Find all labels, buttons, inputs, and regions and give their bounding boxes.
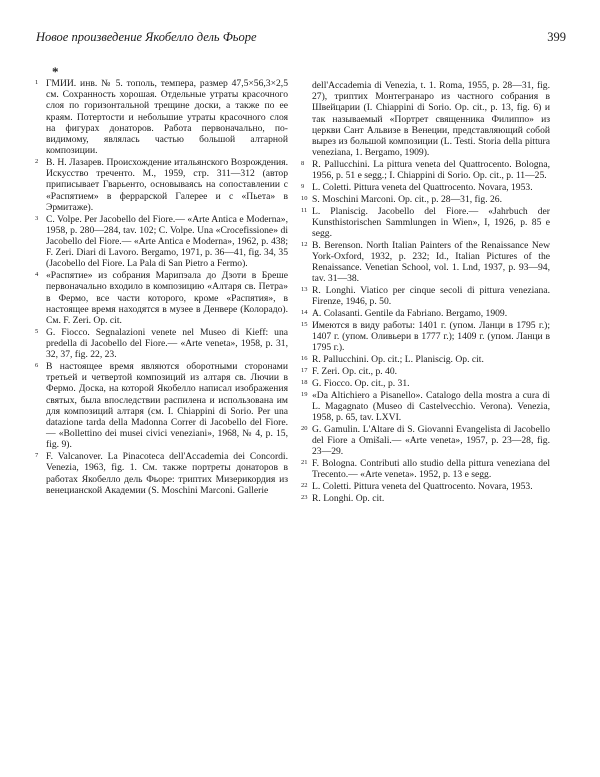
- footnote-number: 16: [301, 353, 308, 364]
- footnote-number: 10: [301, 193, 308, 204]
- footnotes-right-column: dell'Accademia di Venezia, t. 1. Roma, 1…: [300, 80, 550, 505]
- footnote-text: В. Н. Лазарев. Происхождение итальянског…: [46, 157, 288, 213]
- footnote-text: S. Moschini Marconi. Op. cit., p. 28—31,…: [312, 194, 550, 205]
- footnote-text: «Распятие» из собрания Марипэала до Дзот…: [46, 270, 288, 326]
- footnote-17: 17F. Zeri. Op. cit., p. 40.: [300, 366, 550, 377]
- footnote-text: F. Bologna. Contributi allo studio della…: [312, 458, 550, 480]
- footnote-11: 11L. Planiscig. Jacobello del Fiore.— «J…: [300, 206, 550, 240]
- footnotes-left-column: 1ГМИИ. инв. № 5. тополь, темпера, размер…: [34, 78, 288, 497]
- footnote-text: dell'Accademia di Venezia, t. 1. Roma, 1…: [312, 80, 550, 158]
- footnote-6: 6В настоящее время являются оборотными с…: [34, 361, 288, 451]
- footnote-text: F. Zeri. Op. cit., p. 40.: [312, 366, 550, 377]
- footnote-number: 4: [35, 269, 38, 280]
- footnote-text: G. Gamulin. L'Altare di S. Giovanni Evan…: [312, 424, 550, 458]
- footnote-text: F. Valcanover. La Pinacoteca dell'Accade…: [46, 451, 288, 496]
- footnote-number: 20: [301, 423, 308, 434]
- footnote-number: 15: [301, 319, 308, 330]
- footnote-text: G. Fiocco. Segnalazioni venete nel Museo…: [46, 327, 288, 361]
- footnote-number: 17: [301, 365, 308, 376]
- footnote-number: 11: [301, 205, 307, 216]
- footnote-7: 7F. Valcanover. La Pinacoteca dell'Accad…: [34, 451, 288, 496]
- footnote-5: 5G. Fiocco. Segnalazioni venete nel Muse…: [34, 327, 288, 361]
- footnote-number: 5: [35, 326, 38, 337]
- footnote-text: L. Coletti. Pittura veneta del Quattroce…: [312, 481, 550, 492]
- footnote-number: 7: [35, 450, 38, 461]
- footnote-16: 16R. Pallucchini. Op. cit.; L. Planiscig…: [300, 354, 550, 365]
- footnote-text: A. Colasanti. Gentile da Fabriano. Berga…: [312, 308, 550, 319]
- footnote-text: B. Berenson. North Italian Painters of t…: [312, 240, 550, 285]
- footnote-20: 20G. Gamulin. L'Altare di S. Giovanni Ev…: [300, 424, 550, 458]
- footnote-number: 13: [301, 284, 308, 295]
- footnote-21: 21F. Bologna. Contributi allo studio del…: [300, 458, 550, 480]
- footnote-text: L. Coletti. Pittura veneta del Quattroce…: [312, 182, 550, 193]
- footnote-18: 18G. Fiocco. Op. cit., p. 31.: [300, 378, 550, 389]
- footnote-number: 23: [301, 492, 308, 503]
- footnote-number: 3: [35, 213, 38, 224]
- footnote-text: ГМИИ. инв. № 5. тополь, темпера, размер …: [46, 78, 288, 156]
- footnote-19: 19«Da Altichiero a Pisanello». Catalogo …: [300, 390, 550, 424]
- footnote-text: G. Fiocco. Op. cit., p. 31.: [312, 378, 550, 389]
- footnote-number: 18: [301, 377, 308, 388]
- footnote-number: 2: [35, 156, 38, 167]
- footnote-number: 6: [35, 360, 38, 371]
- footnote-number: 1: [35, 77, 38, 88]
- footnote-13: 13R. Longhi. Viatico per cinque secoli d…: [300, 285, 550, 307]
- footnote-number: 8: [301, 158, 304, 169]
- footnote-number: 12: [301, 239, 308, 250]
- footnote-9: 9L. Coletti. Pittura veneta del Quattroc…: [300, 182, 550, 193]
- footnote-text: R. Pallucchini. La pittura veneta del Qu…: [312, 159, 550, 181]
- footnote-text: R. Longhi. Op. cit.: [312, 493, 550, 504]
- footnote-number: 19: [301, 389, 308, 400]
- footnote-4: 4«Распятие» из собрания Марипэала до Дзо…: [34, 270, 288, 326]
- footnote-number: 22: [301, 480, 308, 491]
- footnote-12: 12B. Berenson. North Italian Painters of…: [300, 240, 550, 285]
- footnote-text: «Da Altichiero a Pisanello». Catalogo de…: [312, 390, 550, 424]
- footnote-10: 10S. Moschini Marconi. Op. cit., p. 28—3…: [300, 194, 550, 205]
- running-title: Новое произведение Якобелло дель Фьоре: [36, 30, 566, 45]
- footnote-8: 8R. Pallucchini. La pittura veneta del Q…: [300, 159, 550, 181]
- footnote-3: 3C. Volpe. Per Jacobello del Fiore.— «Ar…: [34, 214, 288, 270]
- footnote-7-continued: dell'Accademia di Venezia, t. 1. Roma, 1…: [300, 80, 550, 158]
- footnote-1: 1ГМИИ. инв. № 5. тополь, темпера, размер…: [34, 78, 288, 156]
- footnote-text: R. Longhi. Viatico per cinque secoli di …: [312, 285, 550, 307]
- footnote-number: 14: [301, 307, 308, 318]
- footnote-text: C. Volpe. Per Jacobello del Fiore.— «Art…: [46, 214, 288, 270]
- footnote-14: 14A. Colasanti. Gentile da Fabriano. Ber…: [300, 308, 550, 319]
- footnote-text: Имеются в виду работы: 1401 г. (упом. Ла…: [312, 320, 550, 354]
- footnote-22: 22L. Coletti. Pittura veneta del Quattro…: [300, 481, 550, 492]
- footnote-23: 23R. Longhi. Op. cit.: [300, 493, 550, 504]
- footnote-number: 21: [301, 457, 308, 468]
- footnote-15: 15Имеются в виду работы: 1401 г. (упом. …: [300, 320, 550, 354]
- footnote-text: L. Planiscig. Jacobello del Fiore.— «Jah…: [312, 206, 550, 240]
- footnote-number: 9: [301, 181, 304, 192]
- footnote-text: R. Pallucchini. Op. cit.; L. Planiscig. …: [312, 354, 550, 365]
- page-number: 399: [547, 30, 566, 45]
- footnote-2: 2В. Н. Лазарев. Происхождение итальянско…: [34, 157, 288, 213]
- footnote-text: В настоящее время являются оборотными ст…: [46, 361, 288, 451]
